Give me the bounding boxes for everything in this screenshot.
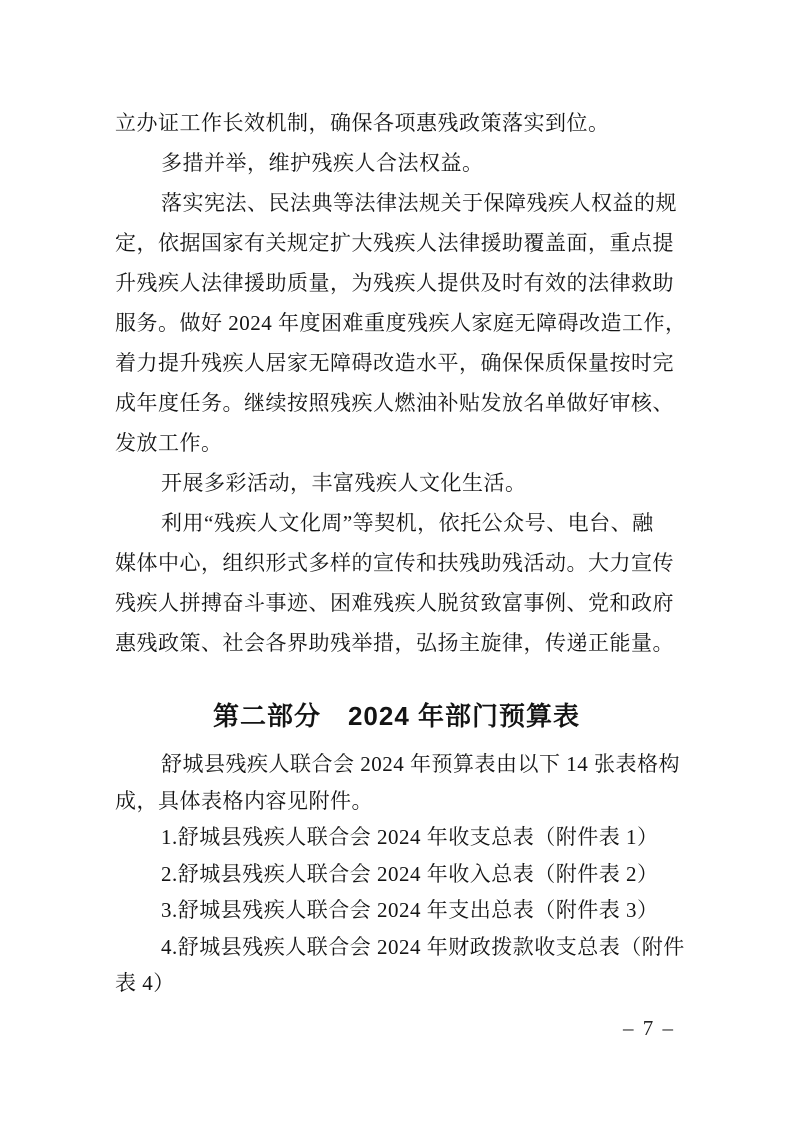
paragraph-line: 立办证工作长效机制，确保各项惠残政策落实到位。 xyxy=(115,103,678,143)
paragraph-line: 惠残政策、社会各界助残举措，弘扬主旋律，传递正能量。 xyxy=(115,623,678,663)
paragraph-line: 落实宪法、民法典等法律法规关于保障残疾人权益的规 xyxy=(115,183,678,223)
paragraph-line: 成，具体表格内容见附件。 xyxy=(115,783,678,820)
paragraph-line: 开展多彩活动，丰富残疾人文化生活。 xyxy=(115,463,678,503)
body-paragraphs-lower: 舒城县残疾人联合会 2024 年预算表由以下 14 张表格构 成，具体表格内容见… xyxy=(115,746,678,1002)
paragraph-line: 发放工作。 xyxy=(115,423,678,463)
paragraph-line: 利用“残疾人文化周”等契机，依托公众号、电台、融 xyxy=(115,503,678,543)
paragraph-line: 成年度任务。继续按照残疾人燃油补贴发放名单做好审核、 xyxy=(115,383,678,423)
budget-table-list-item: 3.舒城县残疾人联合会 2024 年支出总表（附件表 3） xyxy=(115,892,678,929)
paragraph-line: 媒体中心，组织形式多样的宣传和扶残助残活动。大力宣传 xyxy=(115,543,678,583)
body-paragraphs-upper: 立办证工作长效机制，确保各项惠残政策落实到位。 多措并举，维护残疾人合法权益。 … xyxy=(115,103,678,663)
page-number: – 7 – xyxy=(623,1016,675,1040)
paragraph-line: 舒城县残疾人联合会 2024 年预算表由以下 14 张表格构 xyxy=(115,746,678,783)
section-heading: 第二部分 2024 年部门预算表 xyxy=(115,696,678,736)
paragraph-line: 残疾人拼搏奋斗事迹、困难残疾人脱贫致富事例、党和政府 xyxy=(115,583,678,623)
budget-table-list-item: 2.舒城县残疾人联合会 2024 年收入总表（附件表 2） xyxy=(115,856,678,893)
paragraph-line: 多措并举，维护残疾人合法权益。 xyxy=(115,143,678,183)
paragraph-line: 升残疾人法律援助质量，为残疾人提供及时有效的法律救助 xyxy=(115,263,678,303)
budget-table-list-item: 1.舒城县残疾人联合会 2024 年收支总表（附件表 1） xyxy=(115,819,678,856)
document-page: 立办证工作长效机制，确保各项惠残政策落实到位。 多措并举，维护残疾人合法权益。 … xyxy=(0,0,793,1122)
paragraph-line: 着力提升残疾人居家无障碍改造水平，确保保质保量按时完 xyxy=(115,343,678,383)
budget-table-list-item-continuation: 表 4） xyxy=(115,965,678,1002)
paragraph-line: 服务。做好 2024 年度困难重度残疾人家庭无障碍改造工作， xyxy=(115,303,678,343)
budget-table-list-item: 4.舒城县残疾人联合会 2024 年财政拨款收支总表（附件 xyxy=(115,929,678,966)
paragraph-line: 定，依据国家有关规定扩大残疾人法律援助覆盖面，重点提 xyxy=(115,223,678,263)
page-content: 立办证工作长效机制，确保各项惠残政策落实到位。 多措并举，维护残疾人合法权益。 … xyxy=(0,0,793,1002)
